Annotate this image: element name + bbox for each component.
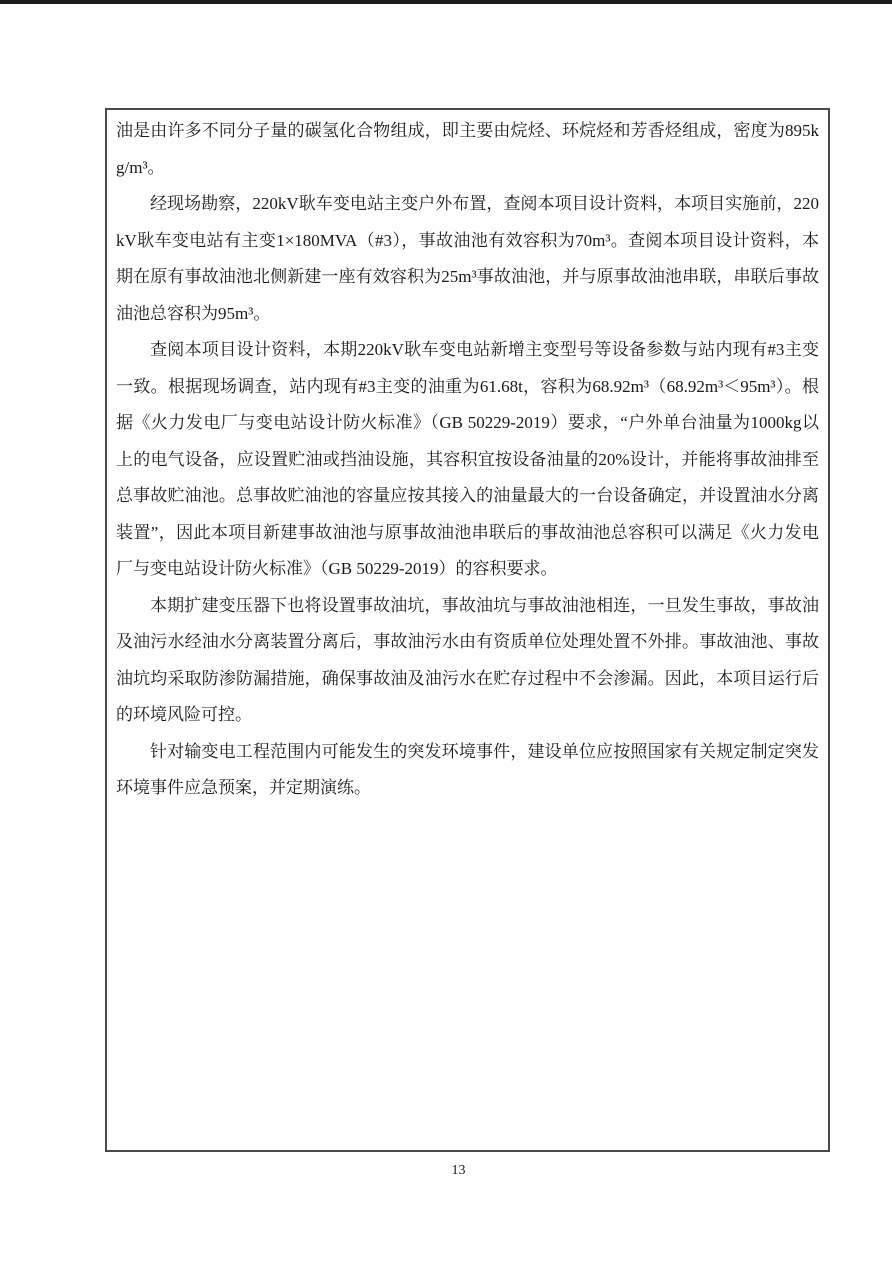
page-number: 13 bbox=[105, 1163, 812, 1179]
document-page: 油是由许多不同分子量的碳氢化合物组成，即主要由烷烃、环烷烃和芳香烃组成，密度为8… bbox=[0, 0, 892, 1262]
paragraph-emergency-plan: 针对输变电工程范围内可能发生的突发环境事件，建设单位应按照国家有关规定制定突发环… bbox=[116, 734, 819, 807]
paragraph-oil-composition: 油是由许多不同分子量的碳氢化合物组成，即主要由烷烃、环烷烃和芳香烃组成，密度为8… bbox=[116, 113, 819, 186]
paragraph-site-survey: 经现场勘察，220kV耿车变电站主变户外布置，查阅本项目设计资料，本项目实施前，… bbox=[116, 186, 819, 332]
paragraph-design-data-capacity: 查阅本项目设计资料，本期220kV耿车变电站新增主变型号等设备参数与站内现有#3… bbox=[116, 332, 819, 588]
scan-top-edge-bar bbox=[0, 0, 892, 4]
content-border-box: 油是由许多不同分子量的碳氢化合物组成，即主要由烷烃、环烷烃和芳香烃组成，密度为8… bbox=[105, 108, 830, 1152]
paragraph-oil-pit-measures: 本期扩建变压器下也将设置事故油坑，事故油坑与事故油池相连，一旦发生事故，事故油及… bbox=[116, 588, 819, 734]
